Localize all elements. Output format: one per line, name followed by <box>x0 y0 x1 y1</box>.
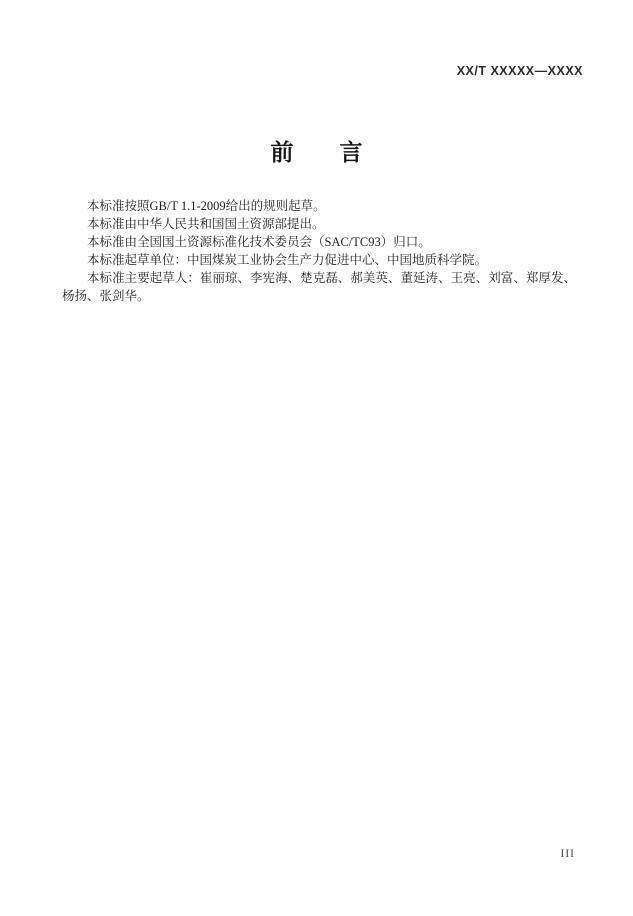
page-title: 前 言 <box>0 134 633 167</box>
paragraph-drafting-rules: 本标准按照GB/T 1.1-2009给出的规则起草。 <box>62 197 576 215</box>
document-page: XX/T XXXXX—XXXX 前 言 本标准按照GB/T 1.1-2009给出… <box>0 0 633 916</box>
paragraph-proposed-by: 本标准由中华人民共和国国土资源部提出。 <box>62 215 576 233</box>
paragraph-drafting-units: 本标准起草单位：中国煤炭工业协会生产力促进中心、中国地质科学院。 <box>62 251 576 269</box>
paragraph-committee: 本标准由全国国土资源标准化技术委员会（SAC/TC93）归口。 <box>62 233 576 251</box>
paragraph-main-drafters: 本标准主要起草人：崔丽琼、李宪海、楚克磊、郝美英、董延涛、王亮、刘富、郑厚发、杨… <box>62 269 576 305</box>
document-body: 本标准按照GB/T 1.1-2009给出的规则起草。 本标准由中华人民共和国国土… <box>62 197 576 305</box>
page-number: III <box>561 848 576 860</box>
standard-code: XX/T XXXXX—XXXX <box>457 64 583 78</box>
